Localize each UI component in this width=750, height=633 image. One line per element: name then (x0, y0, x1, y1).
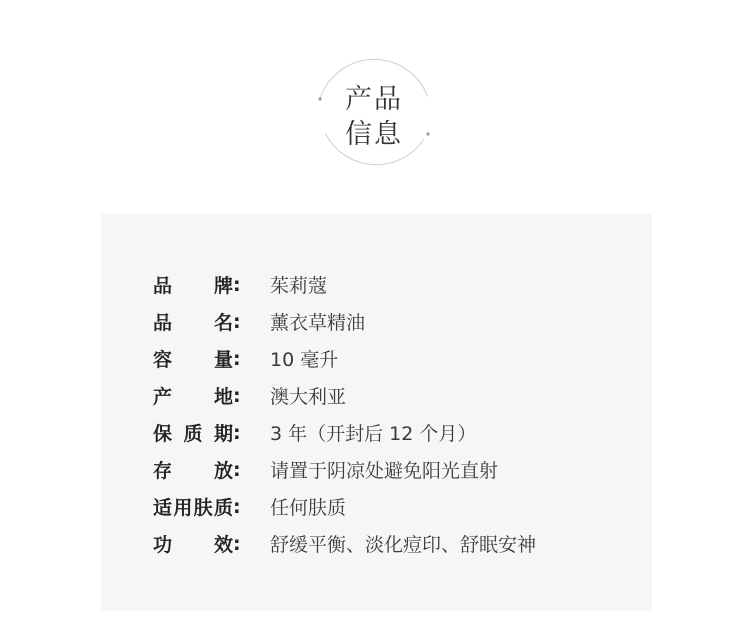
info-label: 保质期: (153, 419, 270, 446)
info-label: 品名: (153, 308, 270, 335)
info-label-text: 品牌 (153, 271, 233, 298)
info-value: 澳大利亚 (270, 382, 346, 409)
info-label-char: 期 (214, 419, 233, 446)
info-label-char: 适 (153, 493, 172, 520)
info-row: 产地:澳大利亚 (153, 377, 536, 414)
info-row: 品牌:茱莉蔻 (153, 266, 536, 303)
info-label: 适用肤质: (153, 493, 270, 520)
info-label-char: 效 (214, 530, 233, 557)
info-label-colon: : (233, 422, 250, 444)
info-label-char: 产 (153, 382, 172, 409)
info-label-colon: : (233, 348, 250, 370)
info-label-text: 容量 (153, 345, 233, 372)
product-info-panel: 品牌:茱莉蔻品名:薰衣草精油容量:10 毫升产地:澳大利亚保质期:3 年（开封后… (101, 214, 652, 611)
info-label-text: 品名 (153, 308, 233, 335)
info-value: 茱莉蔻 (270, 271, 327, 298)
info-label-char: 质 (183, 419, 202, 446)
info-row: 品名:薰衣草精油 (153, 303, 536, 340)
info-row: 保质期:3 年（开封后 12 个月） (153, 414, 536, 451)
info-label: 容量: (153, 345, 270, 372)
info-label-char: 肤 (194, 493, 213, 520)
info-value: 3 年（开封后 12 个月） (270, 419, 476, 446)
info-label-text: 产地 (153, 382, 233, 409)
info-label: 存放: (153, 456, 270, 483)
info-label-text: 保质期 (153, 419, 233, 446)
product-info-badge: 产品 信息 (314, 57, 434, 177)
info-label: 功效: (153, 530, 270, 557)
section-title-line-2: 信息 (314, 117, 434, 152)
info-value: 10 毫升 (270, 345, 338, 372)
info-label-colon: : (233, 274, 250, 296)
info-value: 薰衣草精油 (270, 308, 365, 335)
info-label-text: 存放 (153, 456, 233, 483)
product-info-list: 品牌:茱莉蔻品名:薰衣草精油容量:10 毫升产地:澳大利亚保质期:3 年（开封后… (153, 266, 536, 562)
info-label-colon: : (233, 533, 250, 555)
info-label-colon: : (233, 496, 250, 518)
info-label-char: 用 (173, 493, 192, 520)
info-label-text: 适用肤质 (153, 493, 233, 520)
info-label-char: 名 (214, 308, 233, 335)
info-value: 请置于阴凉处避免阳光直射 (270, 456, 498, 483)
section-title: 产品 信息 (314, 82, 434, 152)
info-label-colon: : (233, 385, 250, 407)
info-value: 任何肤质 (270, 493, 346, 520)
info-label-char: 牌 (214, 271, 233, 298)
info-label-char: 容 (153, 345, 172, 372)
info-label-colon: : (233, 459, 250, 481)
info-label-char: 存 (153, 456, 172, 483)
info-label: 产地: (153, 382, 270, 409)
info-label-char: 品 (153, 308, 172, 335)
info-label-char: 品 (153, 271, 172, 298)
info-row: 存放:请置于阴凉处避免阳光直射 (153, 451, 536, 488)
info-label-char: 质 (214, 493, 233, 520)
info-label-char: 保 (153, 419, 172, 446)
info-row: 适用肤质:任何肤质 (153, 488, 536, 525)
section-title-line-1: 产品 (314, 82, 434, 117)
info-label-char: 功 (153, 530, 172, 557)
info-label-char: 放 (214, 456, 233, 483)
info-label-char: 量 (214, 345, 233, 372)
info-row: 容量:10 毫升 (153, 340, 536, 377)
info-value: 舒缓平衡、淡化痘印、舒眠安神 (270, 530, 536, 557)
info-label-char: 地 (214, 382, 233, 409)
info-row: 功效:舒缓平衡、淡化痘印、舒眠安神 (153, 525, 536, 562)
info-label: 品牌: (153, 271, 270, 298)
info-label-colon: : (233, 311, 250, 333)
info-label-text: 功效 (153, 530, 233, 557)
